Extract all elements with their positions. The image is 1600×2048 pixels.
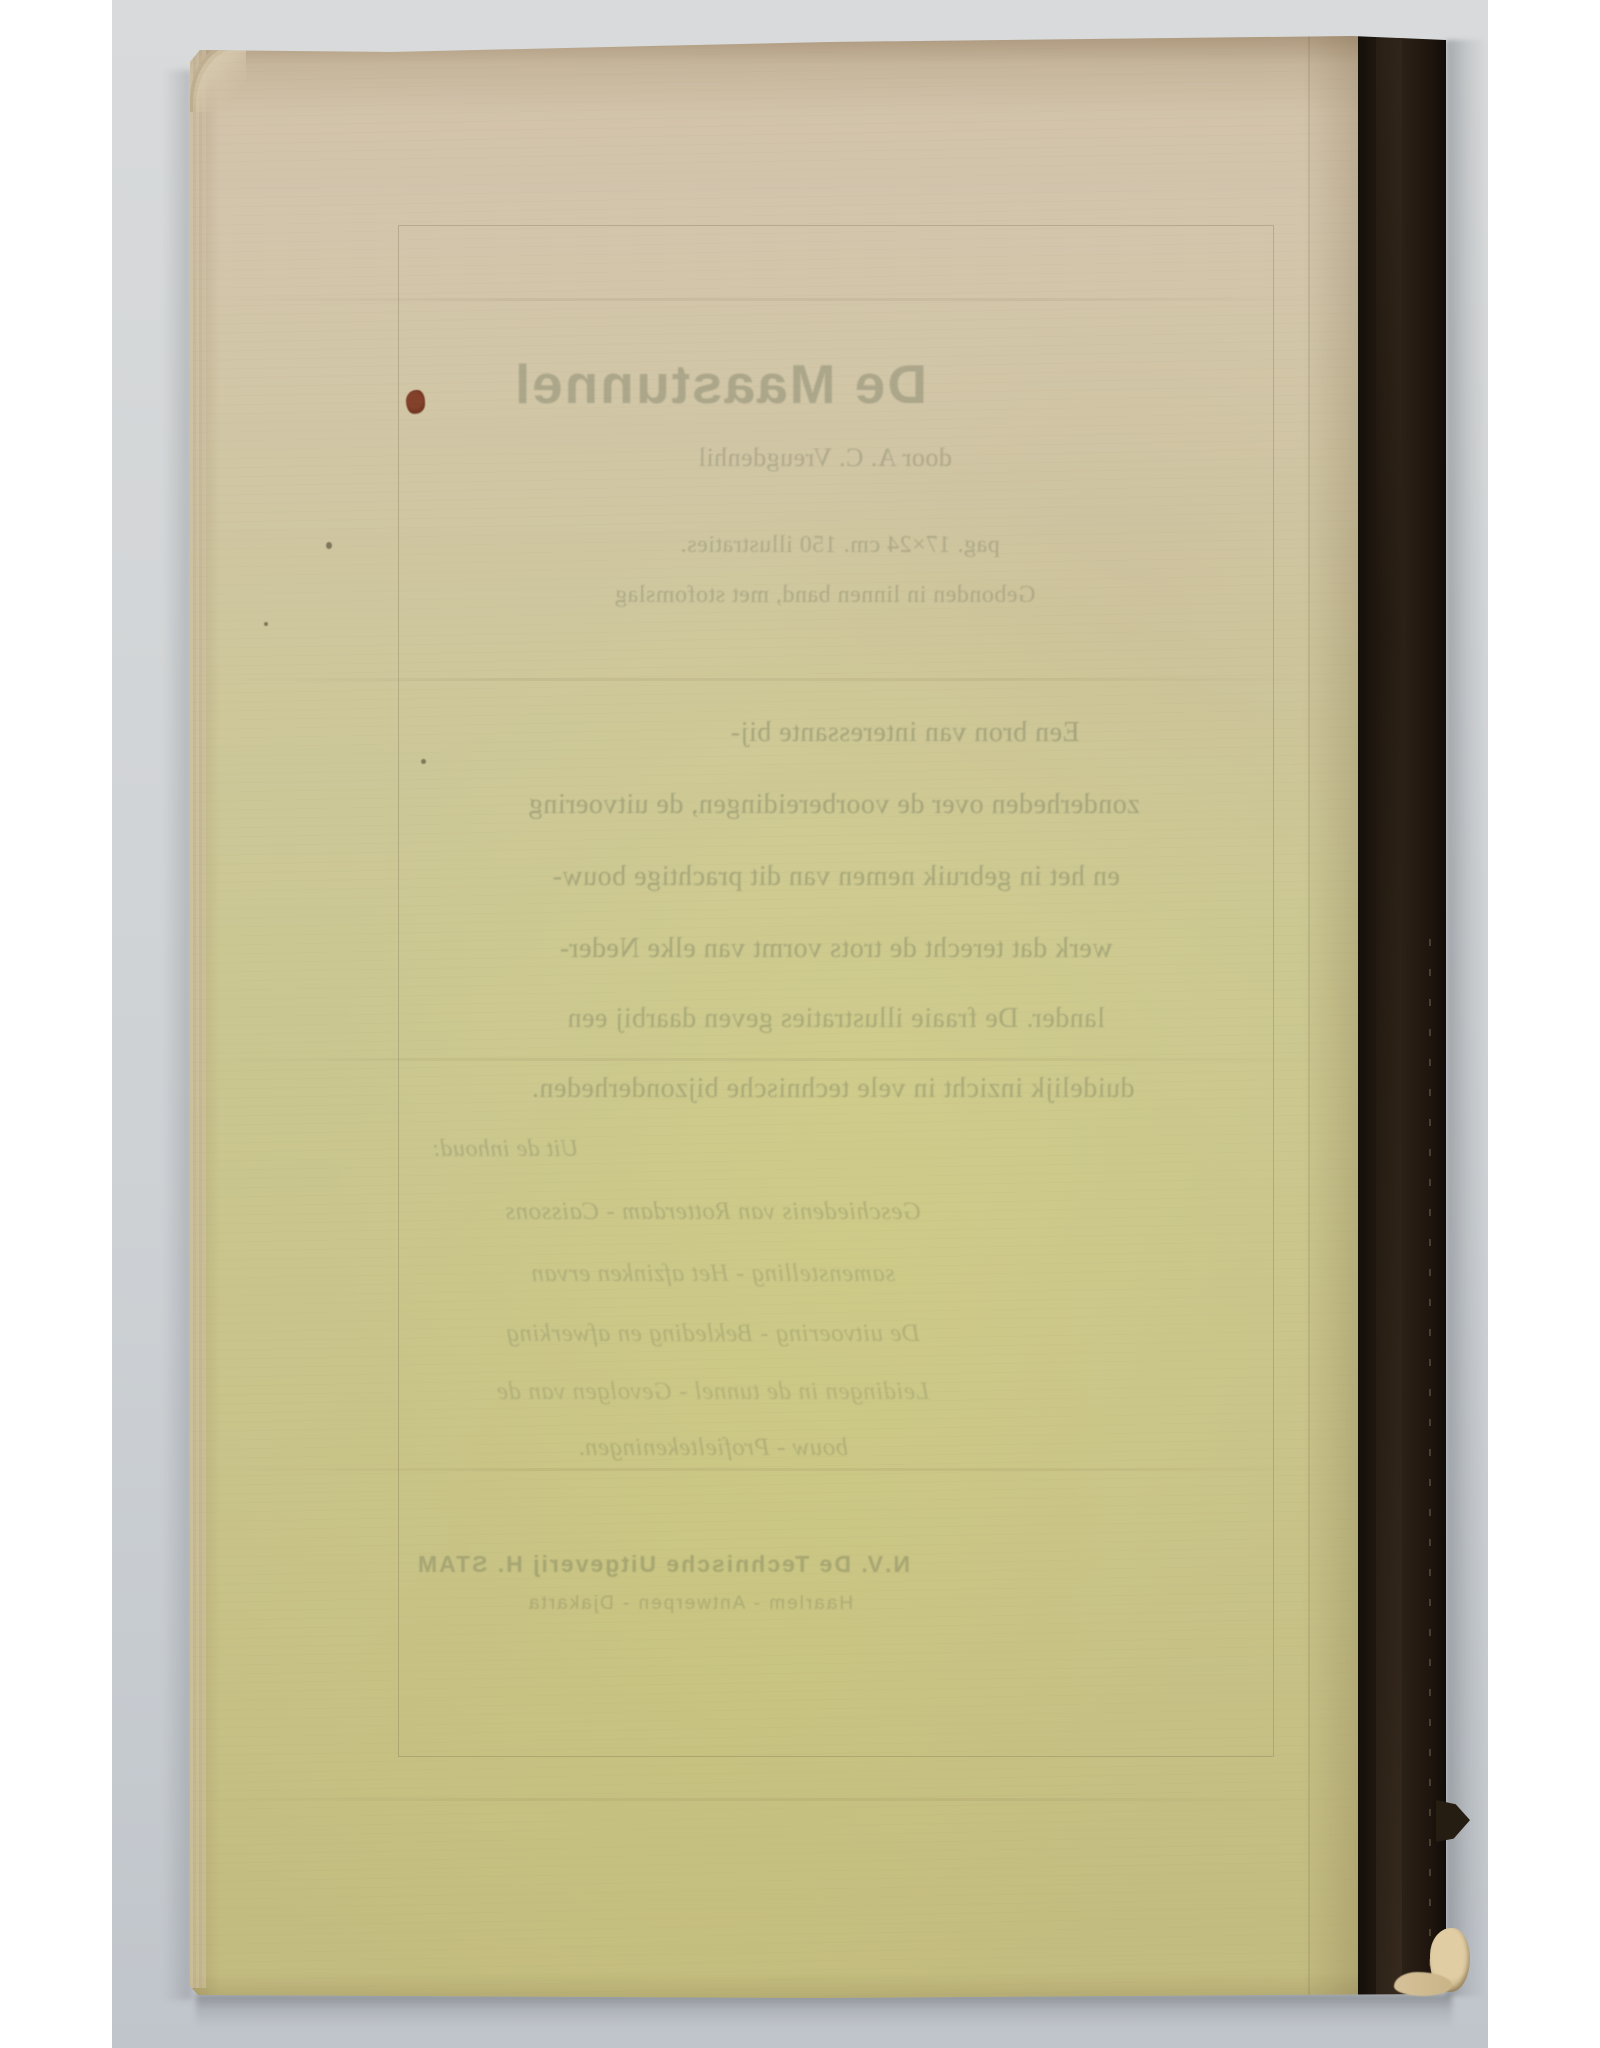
showthrough-line: Geschiedenis van Rotterdam - Caissons [418,1198,1008,1226]
showthrough-line: samenstelling - Het afzinken ervan [418,1260,1008,1288]
showthrough-line: werk dat terecht de trots vormt van elke… [490,934,1182,965]
photo-of-book-back-cover: { "scene": { "description": "Photograph … [0,0,1600,2048]
showthrough-line: Haarlem - Antwerpen - Djakarta [520,1594,860,1615]
showthrough-line: De Maastunnel [430,354,1010,415]
showthrough-line: De uitvoering - Bekleding en afwerking [418,1320,1008,1348]
showthrough-line: door A. C. Vreugdenhil [630,444,1020,473]
book-bottom-shadow [196,1994,1452,2028]
showthrough-line: duidelijk inzicht in vele technische bij… [480,1074,1186,1105]
book: De Maastunneldoor A. C. Vreugdenhilpag. … [190,36,1446,1998]
showthrough-line: N.V. De Technische Uitgeverij H. STAM [470,1552,910,1577]
book-back-cover: De Maastunneldoor A. C. Vreugdenhilpag. … [190,36,1358,1998]
showthrough-line: Gebonden in linnen band, met stofomslag [550,582,1100,608]
showthrough-line: en het in gebruik nemen van dit prachtig… [486,862,1186,893]
showthrough-line: Leidingen in de tunnel - Gevolgen van de [418,1378,1008,1406]
showthrough-line: lander. De fraaie illustraties geven daa… [496,1004,1176,1035]
spine-sheen [1376,36,1402,1998]
showthrough-line: pag. 17×24 cm. 150 illustraties. [580,532,1100,558]
showthrough-line: bouw - Profieltekeningen. [418,1434,1008,1462]
showthrough-line: Uit de inhoud: [405,1136,605,1162]
book-spine [1358,36,1446,1998]
showthrough-line: zonderheden over de voorbereidingen, de … [478,790,1190,821]
spine-cast-shadow [1446,40,1486,1996]
showthrough-text: De Maastunneldoor A. C. Vreugdenhilpag. … [190,36,1358,1998]
spine-worn-seam [1429,939,1431,1979]
left-edge-shadow [158,70,192,2000]
spine-bottom-wear [1394,1972,1452,1996]
showthrough-line: Een bron van interessante bij- [620,718,1190,749]
